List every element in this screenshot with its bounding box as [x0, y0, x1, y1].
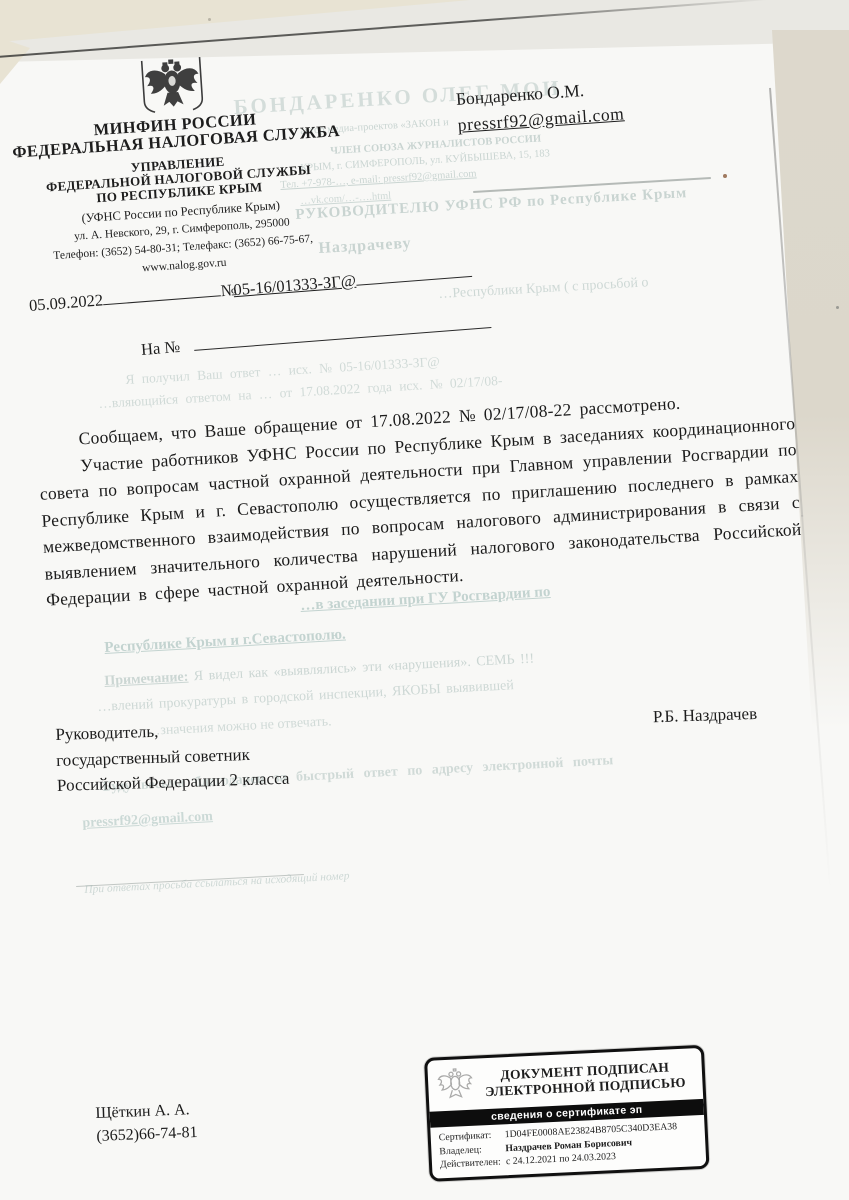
- reply-label: На №: [140, 337, 180, 359]
- dust-speck: [723, 174, 727, 178]
- scanned-letter-page: БОНДАРЕНКО ОЛЕГ МОИ автор медиа-проектов…: [0, 0, 849, 1200]
- reply-rule: [193, 309, 492, 351]
- letter-body: Сообщаем, что Ваше обращение от 17.08.20…: [36, 383, 804, 613]
- signer-name: Р.Б. Наздрачев: [653, 701, 758, 730]
- dust-speck: [836, 306, 839, 309]
- date-rule: [102, 277, 221, 305]
- executor-phone: (3652)66-74-81: [96, 1121, 198, 1148]
- recipient-block: Бондаренко О.М. pressrf92@gmail.com: [455, 74, 625, 138]
- bleed-note-label: Примечание:: [104, 670, 189, 689]
- letterhead: МИНФИН РОССИИ ФЕДЕРАЛЬНАЯ НАЛОГОВАЯ СЛУЖ…: [0, 39, 354, 284]
- stamp-eagle-icon: [433, 1062, 477, 1110]
- bleed-email: pressrf92@gmail.com: [82, 809, 213, 832]
- letter-date: 05.09.2022: [28, 290, 103, 315]
- bleed-line: Республике Крым и г.Севастополю.: [104, 627, 346, 657]
- stamp-validity-label: Действителен:: [440, 1155, 507, 1172]
- outgoing-number: 05-16/01333-ЗГ@: [233, 271, 357, 299]
- signature-block: Руководитель, государственный советник Р…: [55, 700, 759, 799]
- number-rule: [355, 258, 472, 286]
- esignature-stamp: ДОКУМЕНТ ПОДПИСАН ЭЛЕКТРОННОЙ ПОДПИСЬЮ с…: [424, 1045, 710, 1182]
- bleed-footer-note: При ответах просьба ссылаться на исходящ…: [84, 870, 350, 896]
- coat-of-arms-icon: [138, 56, 208, 116]
- reply-reference-row: На №: [140, 309, 492, 360]
- executor-contact: Щёткин А. А. (3652)66-74-81: [95, 1098, 198, 1148]
- dust-speck: [208, 18, 211, 21]
